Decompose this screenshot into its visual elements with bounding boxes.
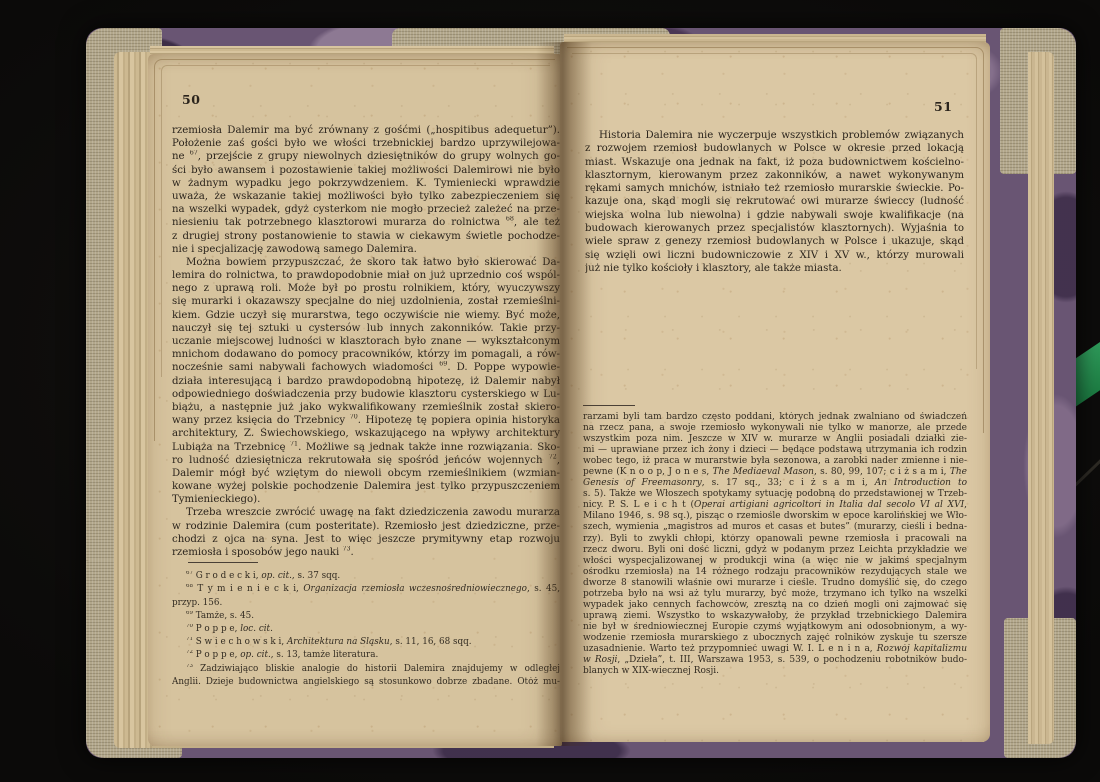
text-line: 67 G r o d e c k i, op. cit., s. 37 sqq. <box>172 571 560 584</box>
page-edge-stack-right <box>1028 52 1054 744</box>
text-line: 72 P o p p e, op. cit., s. 13, tamże lit… <box>172 650 560 663</box>
text-line: 71 Ś w i e c h o w s k i, Architektura n… <box>172 637 560 650</box>
text-line: mnichom dodawano do pomocy pracowników, … <box>172 348 560 361</box>
text-line: ne 67, przejście z grupy niewolnych dzie… <box>172 150 560 163</box>
text-line: Genesis of Freemasonry, s. 17 sq., 33; c… <box>583 478 967 489</box>
text-line: rzemiosła i sposobów jego nauki 73. <box>172 546 560 559</box>
text-line: wiejska wolna lub niewolna) i gdzie naby… <box>585 209 964 222</box>
text-line: wany przez księcia do Trzebnicy 70. Hipo… <box>172 414 560 427</box>
left-page-paragraphs: rzemiosła Dalemir ma być zrównany z gość… <box>172 124 560 559</box>
text-line: Anglii. Dzieje budownictwa angielskiego … <box>172 677 560 690</box>
text-line: 70 P o p p e, loc. cit. <box>172 624 560 637</box>
text-line: blanych w XIX-wiecznej Rosji. <box>583 666 967 677</box>
page-edge-stack-left <box>114 52 152 748</box>
right-page-footnote-block: rarzami byli tam bardzo często poddani, … <box>583 405 967 677</box>
text-line: ści było awansem i pozostawienie takiej … <box>172 164 560 177</box>
text-line: w Rosji, „Dzieła”, t. III, Warszawa 1953… <box>583 655 967 666</box>
text-line: rzy). Byli to zwykli chłopi, którzy opan… <box>583 534 967 545</box>
text-line: uzasadnienie. Warto też przypomnieć uwag… <box>583 644 967 655</box>
left-page-footnotes: 67 G r o d e c k i, op. cit., s. 37 sqq.… <box>172 571 560 690</box>
text-line: pewne (K n o o p, J o n e s, The Mediaev… <box>583 467 967 478</box>
right-page-paragraphs: Historia Dalemira nie wyczerpuje wszystk… <box>585 129 964 275</box>
text-line: nego z uprawą roli. Może był po prostu r… <box>172 282 560 295</box>
text-line: na rzecz pana, a swoje rzemiosło wykonyw… <box>583 423 967 434</box>
text-line: rarzami byli tam bardzo często poddani, … <box>583 412 967 423</box>
text-line: wypadek jako cennych fachowców, zresztą … <box>583 600 967 611</box>
text-line: Można bowiem przypuszczać, że skoro tak … <box>172 256 560 269</box>
text-line: ro ludność dziesiętnicza rekrutowała się… <box>172 454 560 467</box>
text-line: lemira do rolnictwa, to prawdopodobnie m… <box>172 269 560 282</box>
text-line: uczanie miejscowej ludności w klasztorac… <box>172 335 560 348</box>
text-line: kazuje ona, skąd mogli się rekrutować ow… <box>585 195 964 208</box>
text-line: w rodzinie Dalemira (cum posteritate). R… <box>172 520 560 533</box>
text-line: Historia Dalemira nie wyczerpuje wszystk… <box>585 129 964 142</box>
text-line: szech, wymienia „magistros ad muros et c… <box>583 522 967 533</box>
page-number-right: 51 <box>934 99 952 114</box>
text-line: budowach kierowanych przez specjalistów … <box>585 222 964 235</box>
text-line: włości wyspecjalizowanej w produkcji win… <box>583 556 967 567</box>
text-line: z rozwojem rzemiosł budowlanych w Polsce… <box>585 142 964 155</box>
text-line: niesieniu tak potrzebnego klasztorowi mu… <box>172 216 560 229</box>
book-scan-photo: 50 rzemiosła Dalemir ma być zrównany z g… <box>0 0 1100 782</box>
text-line: ośrodku rzemiosła) na 14 różnego rodzaju… <box>583 567 967 578</box>
text-line: nocześnie sami nabywali fachowych wiadom… <box>172 361 560 374</box>
right-page-body-text: Historia Dalemira nie wyczerpuje wszystk… <box>585 129 964 275</box>
text-line: Lubiąża na Trzebnicę 71. Możliwe są jedn… <box>172 441 560 454</box>
footnote-separator-left <box>188 562 258 563</box>
left-page-body-text: rzemiosła Dalemir ma być zrównany z gość… <box>172 124 560 690</box>
text-line: kowane wyżej polskie pochodzenie Dalemir… <box>172 480 560 493</box>
text-line: przyp. 156. <box>172 598 560 611</box>
text-line: nie był w średniowiecznej Europie czymś … <box>583 622 967 633</box>
text-line: wszystkim poza nim. Jeszcze w XIV w. mur… <box>583 434 967 445</box>
text-line: 69 Tamże, s. 45. <box>172 611 560 624</box>
text-line: dworze 8 stanowili właśnie owi murarze i… <box>583 578 967 589</box>
text-line: mi — uprawiane przez ich żony i dzieci —… <box>583 445 967 456</box>
text-line: Dalemir mógł być wziętym do niewoli obcy… <box>172 467 560 480</box>
text-line: się murarki i okazawszy specjalne do nie… <box>172 295 560 308</box>
text-line: Położenie zaś gości było we włości trzeb… <box>172 137 560 150</box>
text-line: działa interesującą i bardzo prawdopodob… <box>172 375 560 388</box>
text-line: nicy. P. S. L e i c h t (Operai artigian… <box>583 500 967 511</box>
text-line: 68 T y m i e n i e c k i, Organizacja rz… <box>172 584 560 597</box>
text-line: wiele spraw z genezy rzemiosł budowlanyc… <box>585 235 964 248</box>
book-page-left: 50 rzemiosła Dalemir ma być zrównany z g… <box>148 54 562 746</box>
text-line: rzemiosła Dalemir ma być zrównany z gość… <box>172 124 560 137</box>
text-line: nie i specjalizację zawodową samego Dale… <box>172 243 560 256</box>
text-line: potrzeba było na wsi aż tylu murarzy, by… <box>583 589 967 600</box>
text-line: Trzeba wreszcie zwrócić uwagę na fakt dz… <box>172 506 560 519</box>
text-line: Milano 1946, s. 98 sq.), pisząc o rzemio… <box>583 511 967 522</box>
text-line: uważa, że wskazanie takiej możliwości by… <box>172 190 560 203</box>
text-line: rzecz dworu. Byli oni dość liczni, gdyż … <box>583 545 967 556</box>
text-line: klasztornym, kierowanym przez zakonników… <box>585 169 964 182</box>
text-line: nauczył się tej sztuki u cystersów lub i… <box>172 322 560 335</box>
text-line: z drugiej strony postanowienie to stawia… <box>172 230 560 243</box>
right-page-footnotes: rarzami byli tam bardzo często poddani, … <box>583 412 967 677</box>
text-line: już nie tylko kościoły i klasztory, ale … <box>585 262 964 275</box>
text-line: kiem. Gdzie uczył się murarstwa, tego oc… <box>172 309 560 322</box>
text-line: odpowiedniego doświadczenia przy budowie… <box>172 388 560 401</box>
text-line: miast. Wskazuje ona jednak na fakt, iż p… <box>585 156 964 169</box>
text-line: chodzi z ojca na syna. Jest to więc jesz… <box>172 533 560 546</box>
book-page-right: 51 Historia Dalemira nie wyczerpuje wszy… <box>560 42 990 742</box>
text-line: wodzenie rzemiosła murarskiego z uboczny… <box>583 633 967 644</box>
text-line: s. 5). Także we Włoszech spotykamy sytua… <box>583 489 967 500</box>
text-line: architektury, Z. Świechowskiego, wskazuj… <box>172 427 560 440</box>
text-line: w żadnym wypadku jego pokrzywdzeniem. K.… <box>172 177 560 190</box>
text-line: uprawą ziemi. Wszystko to wskazywałoby, … <box>583 611 967 622</box>
text-line: rękami samych mnichów, istniało też rzem… <box>585 182 964 195</box>
text-line: wobec tego, iż praca w murarstwie była s… <box>583 456 967 467</box>
text-line: na wszelki wypadek, gdyż cysterkom nie m… <box>172 203 560 216</box>
footnote-separator-right <box>583 405 635 406</box>
text-line: się wzięli owi liczni budowniczowie z XI… <box>585 249 964 262</box>
text-line: 73 Zadziwiająco bliskie analogie do hist… <box>172 664 560 677</box>
text-line: Tymienieckiego). <box>172 493 560 506</box>
page-number-left: 50 <box>182 92 200 107</box>
text-line: biążu, a następnie już jako wykwalifikow… <box>172 401 560 414</box>
